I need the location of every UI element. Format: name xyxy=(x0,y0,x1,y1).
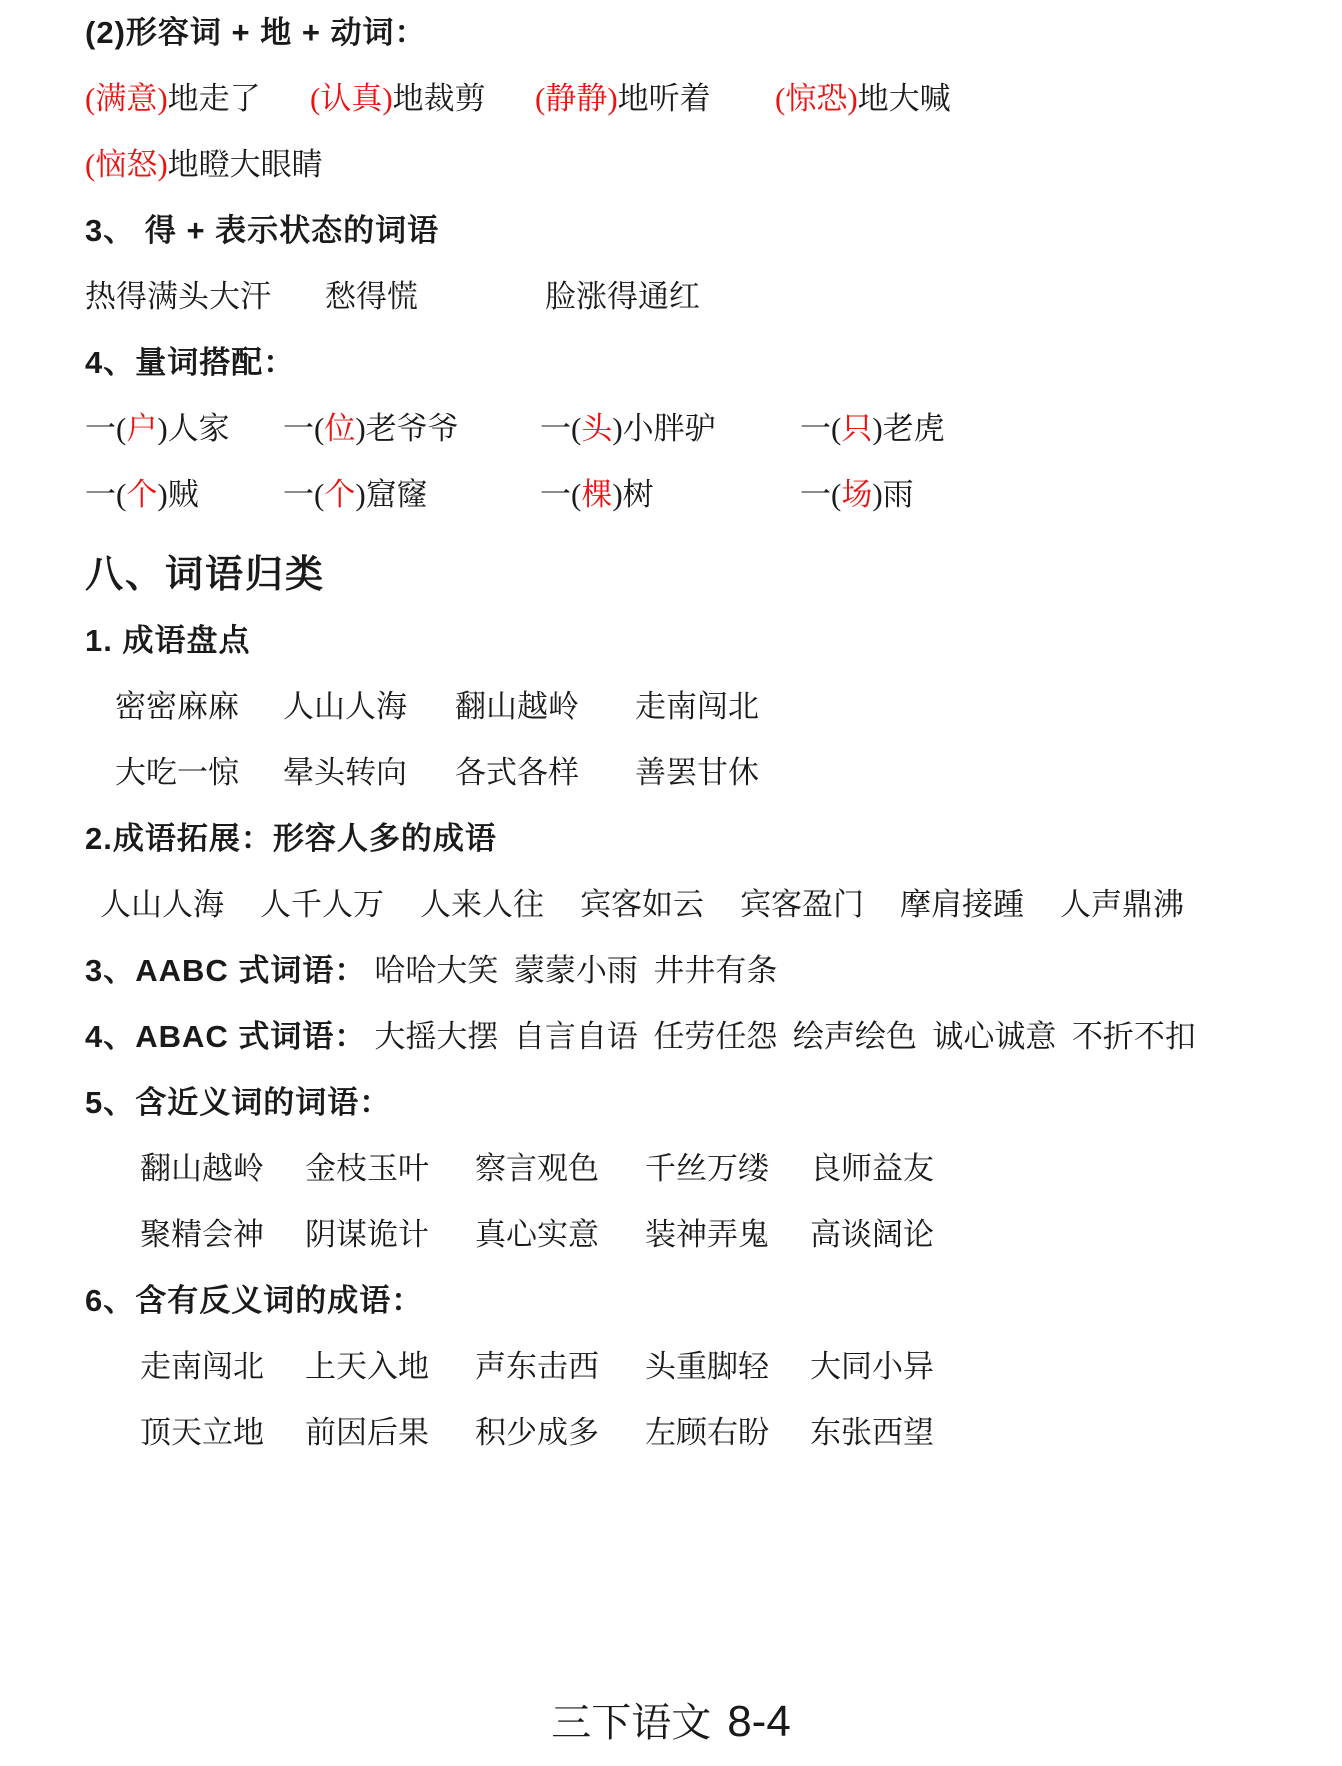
phrase: (恼怒)地瞪大眼睛 xyxy=(85,148,323,182)
phrase: 人来人往 xyxy=(420,888,544,922)
adverb-examples-row-1: (满意)地走了(认真)地裁剪(静静)地听着(惊恐)地大喊 xyxy=(85,82,1302,116)
phrase: 金枝玉叶 xyxy=(305,1152,475,1186)
synonym-idioms-row-1: 翻山越岭金枝玉叶察言观色千丝万缕良师益友 xyxy=(85,1152,1302,1186)
document-page: (2)形容词 + 地 + 动词： (满意)地走了(认真)地裁剪(静静)地听着(惊… xyxy=(0,0,1342,1766)
adverb-examples-row-2: (恼怒)地瞪大眼睛 xyxy=(85,148,1302,182)
phrase: 一(个)窟窿 xyxy=(283,478,540,512)
phrase: 一(位)老爷爷 xyxy=(283,412,540,446)
antonym-idioms-row-2: 顶天立地前因后果积少成多左顾右盼东张西望 xyxy=(85,1416,1302,1450)
phrase: 聚精会神 xyxy=(140,1218,305,1252)
phrase: 左顾右盼 xyxy=(645,1416,810,1450)
phrase: 走南闯北 xyxy=(140,1350,305,1384)
phrase: 察言观色 xyxy=(475,1152,645,1186)
phrase: (满意)地走了 xyxy=(85,82,310,116)
aabc-words: 哈哈大笑 蒙蒙小雨 井井有条 xyxy=(374,954,777,988)
footer-course-label: 三下语文 xyxy=(551,1700,711,1745)
phrase: 人山人海 xyxy=(283,690,455,724)
heading-synonym-idioms: 5、含近义词的词语： xyxy=(85,1086,1302,1120)
measure-words-row-2: 一(个)贼一(个)窟窿一(棵)树一(场)雨 xyxy=(85,478,1302,512)
phrase: 大同小异 xyxy=(810,1350,934,1384)
heading-adjective-de-verb: (2)形容词 + 地 + 动词： xyxy=(85,16,1302,50)
phrase: 上天入地 xyxy=(305,1350,475,1384)
phrase: 晕头转向 xyxy=(283,756,455,790)
phrase: 走南闯北 xyxy=(635,690,759,724)
heading-antonym-idioms: 6、含有反义词的成语： xyxy=(85,1284,1302,1318)
phrase: 密密麻麻 xyxy=(115,690,283,724)
phrase: 翻山越岭 xyxy=(455,690,635,724)
heading-measure-words: 4、量词搭配： xyxy=(85,346,1302,380)
phrase: 宾客盈门 xyxy=(740,888,864,922)
de-examples-row: 热得满头大汗愁得慌脸涨得通红 xyxy=(85,280,1302,314)
phrase: 摩肩接踵 xyxy=(900,888,1024,922)
phrase: 脸涨得通红 xyxy=(545,280,700,314)
abac-label: 4、ABAC 式词语： xyxy=(85,1020,366,1054)
phrase: 积少成多 xyxy=(475,1416,645,1450)
aabc-label: 3、AABC 式词语： xyxy=(85,954,366,988)
phrase: (惊恐)地大喊 xyxy=(775,82,951,116)
phrase: 阴谋诡计 xyxy=(305,1218,475,1252)
phrase: 人山人海 xyxy=(100,888,224,922)
heading-idiom-expansion: 2.成语拓展：形容人多的成语 xyxy=(85,822,1302,856)
phrase: 一(头)小胖驴 xyxy=(540,412,800,446)
phrase: 头重脚轻 xyxy=(645,1350,810,1384)
phrase: 高谈阔论 xyxy=(810,1218,934,1252)
phrase: 千丝万缕 xyxy=(645,1152,810,1186)
worksheet-page: { "page": { "bg": "#ffffff", "text_color… xyxy=(0,0,1342,1766)
phrase: 善罢甘休 xyxy=(635,756,759,790)
phrase: 翻山越岭 xyxy=(140,1152,305,1186)
phrase: 各式各样 xyxy=(455,756,635,790)
aabc-pattern-line: 3、AABC 式词语： 哈哈大笑 蒙蒙小雨 井井有条 xyxy=(85,954,1302,988)
phrase: 人声鼎沸 xyxy=(1060,888,1184,922)
phrase: 热得满头大汗 xyxy=(85,280,325,314)
phrase: (认真)地裁剪 xyxy=(310,82,535,116)
footer-page-number: 8-4 xyxy=(727,1697,791,1746)
phrase: 一(棵)树 xyxy=(540,478,800,512)
phrase: (静静)地听着 xyxy=(535,82,775,116)
phrase: 宾客如云 xyxy=(580,888,704,922)
phrase: 一(只)老虎 xyxy=(800,412,945,446)
phrase: 顶天立地 xyxy=(140,1416,305,1450)
phrase: 一(场)雨 xyxy=(800,478,914,512)
idiom-inventory-row-2: 大吃一惊晕头转向各式各样善罢甘休 xyxy=(85,756,1302,790)
phrase: 声东击西 xyxy=(475,1350,645,1384)
phrase: 装神弄鬼 xyxy=(645,1218,810,1252)
phrase: 人千人万 xyxy=(260,888,384,922)
page-footer: 三下语文8-4 xyxy=(0,1699,1342,1746)
section-heading-word-grouping: 八、词语归类 xyxy=(85,552,1302,598)
phrase: 一(个)贼 xyxy=(85,478,283,512)
phrase: 大吃一惊 xyxy=(115,756,283,790)
phrase: 前因后果 xyxy=(305,1416,475,1450)
heading-idiom-inventory: 1. 成语盘点 xyxy=(85,624,1302,658)
synonym-idioms-row-2: 聚精会神阴谋诡计真心实意装神弄鬼高谈阔论 xyxy=(85,1218,1302,1252)
abac-pattern-line: 4、ABAC 式词语： 大摇大摆 自言自语 任劳任怨 绘声绘色 诚心诚意 不折不… xyxy=(85,1020,1302,1054)
phrase: 愁得慌 xyxy=(325,280,545,314)
abac-words: 大摇大摆 自言自语 任劳任怨 绘声绘色 诚心诚意 不折不扣 xyxy=(374,1020,1196,1054)
phrase: 良师益友 xyxy=(810,1152,934,1186)
crowd-idioms-row: 人山人海人千人万人来人往宾客如云宾客盈门摩肩接踵人声鼎沸 xyxy=(85,888,1302,922)
heading-de-state-words: 3、 得 + 表示状态的词语 xyxy=(85,214,1302,248)
phrase: 真心实意 xyxy=(475,1218,645,1252)
phrase: 东张西望 xyxy=(810,1416,934,1450)
idiom-inventory-row-1: 密密麻麻人山人海翻山越岭走南闯北 xyxy=(85,690,1302,724)
antonym-idioms-row-1: 走南闯北上天入地声东击西头重脚轻大同小异 xyxy=(85,1350,1302,1384)
measure-words-row-1: 一(户)人家一(位)老爷爷一(头)小胖驴一(只)老虎 xyxy=(85,412,1302,446)
phrase: 一(户)人家 xyxy=(85,412,283,446)
